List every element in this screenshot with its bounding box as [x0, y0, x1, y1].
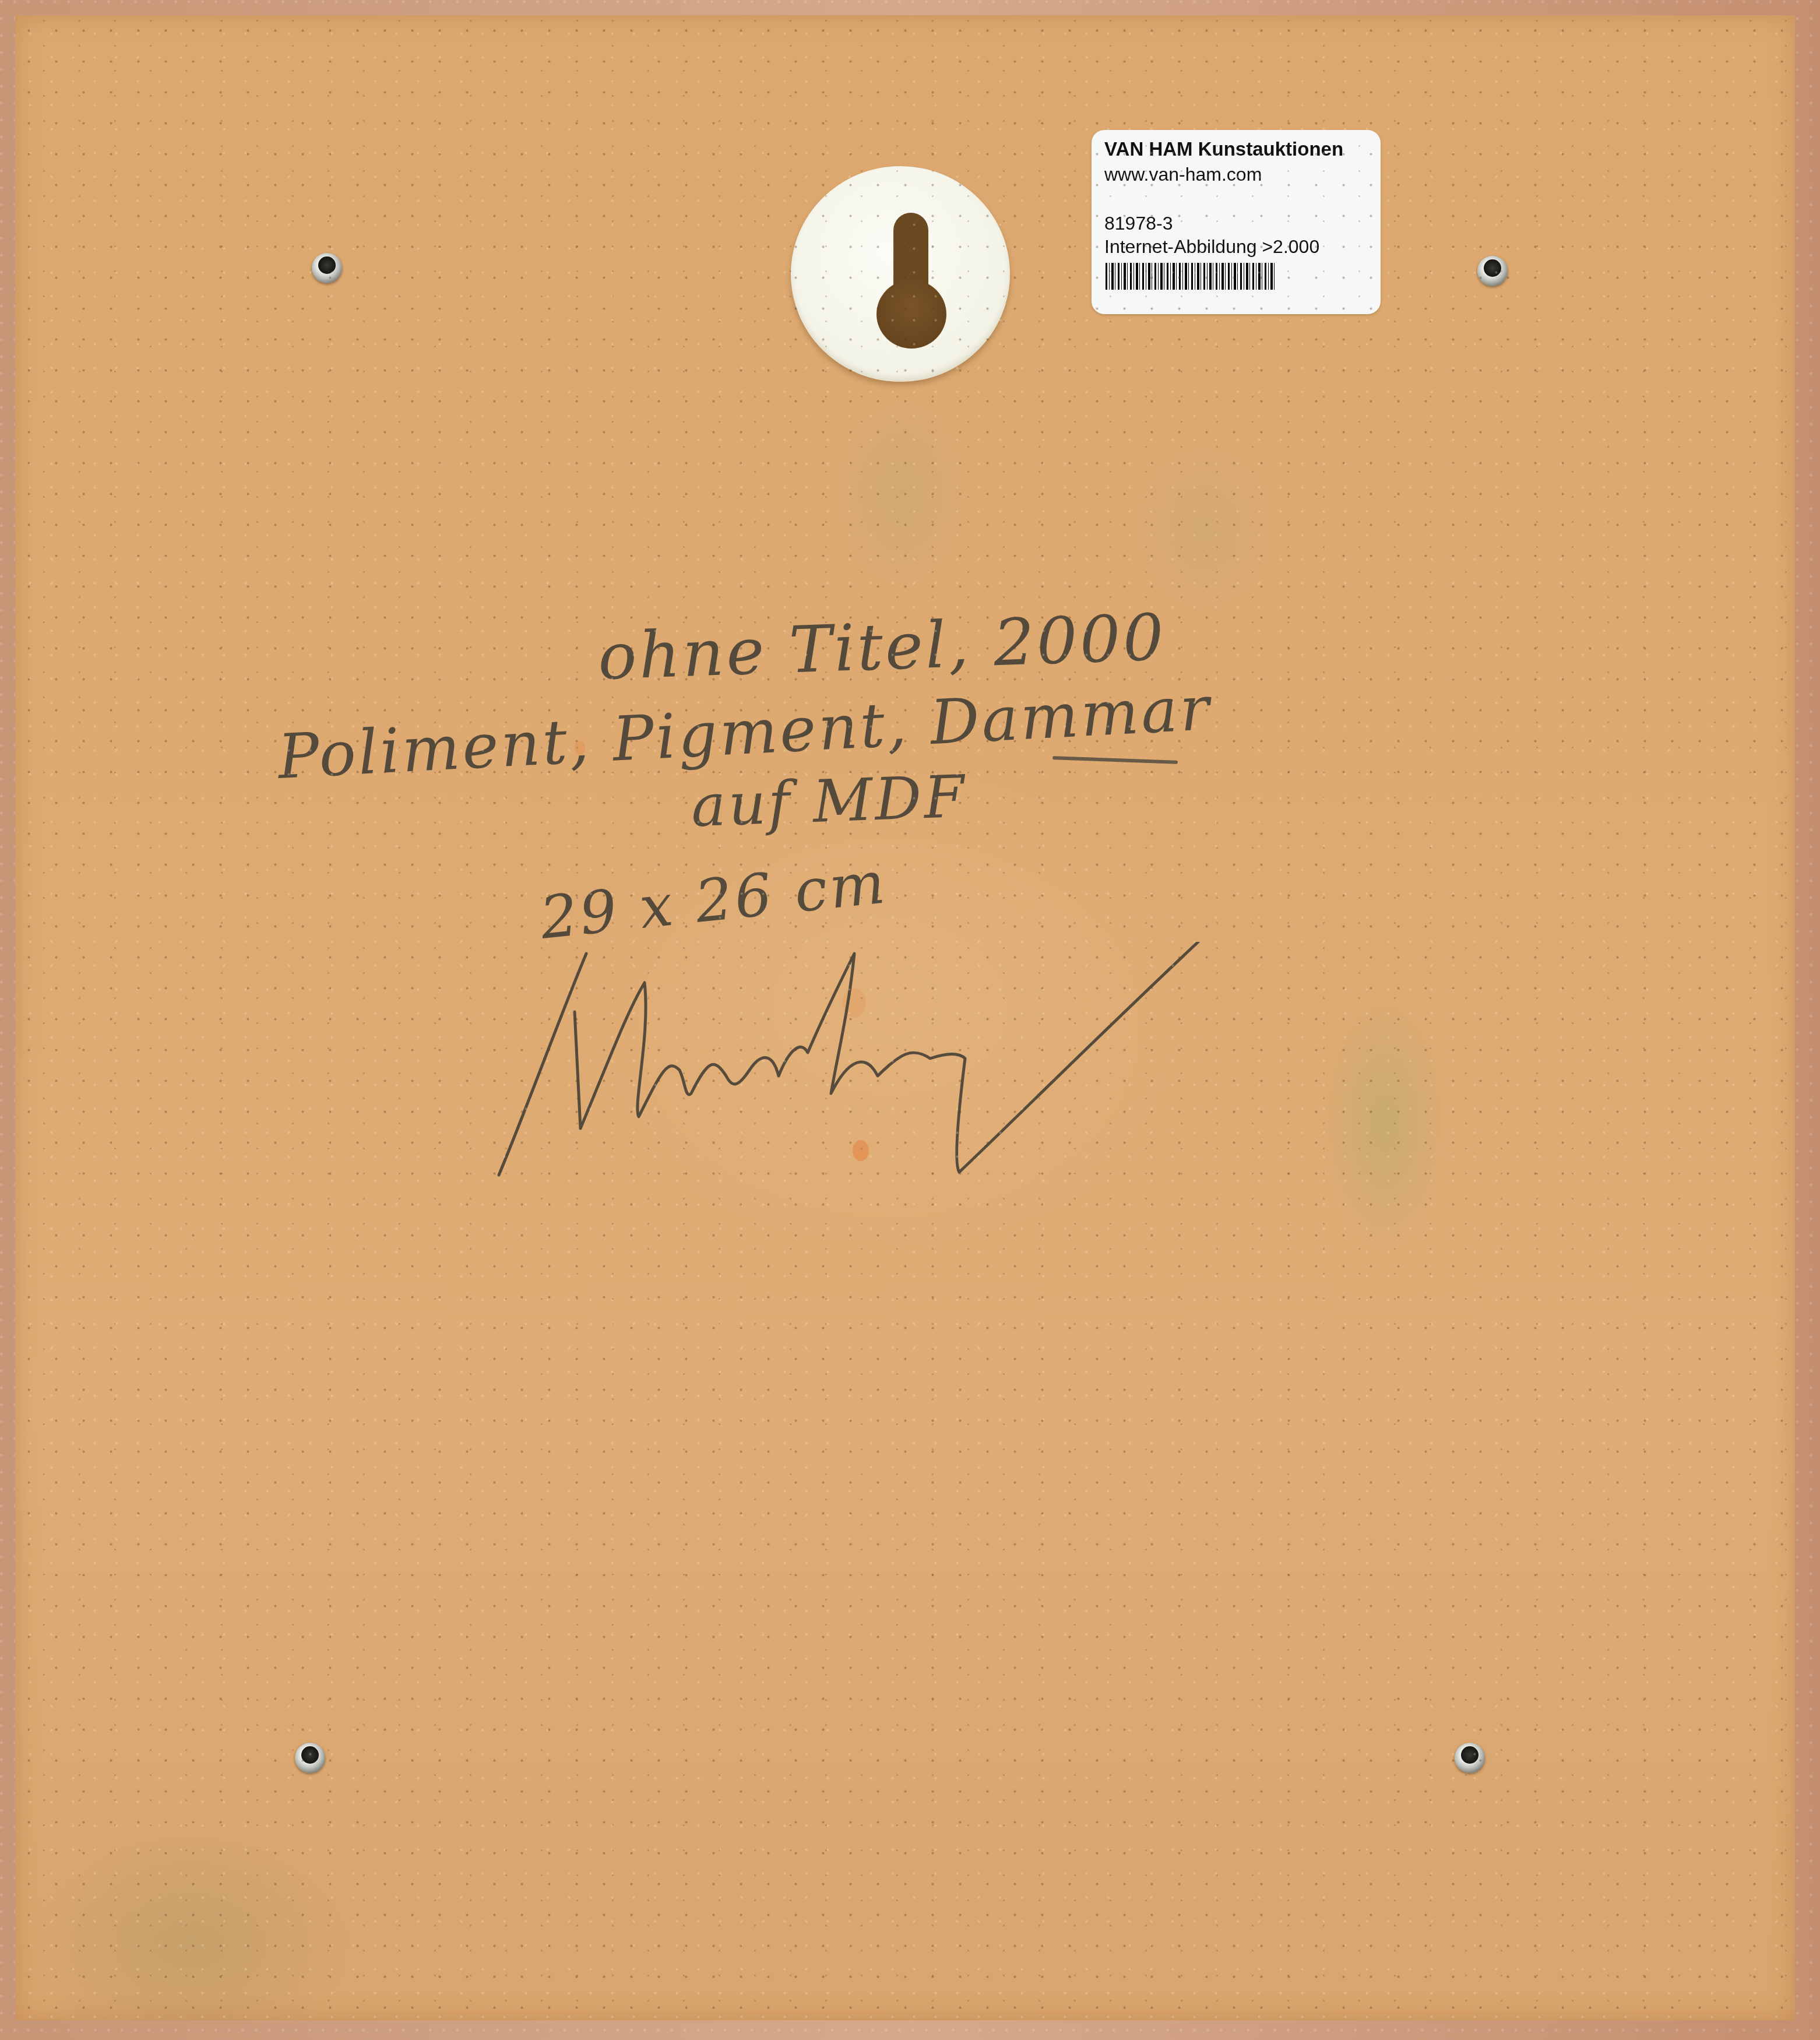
screw-top-right: [1477, 256, 1508, 286]
mdf-board: VAN HAM Kunstauktionen www.van-ham.com 8…: [15, 15, 1795, 2020]
signature-icon: [493, 942, 1309, 1187]
auction-label: VAN HAM Kunstauktionen www.van-ham.com 8…: [1092, 130, 1381, 314]
inscription-support: auf MDF: [690, 762, 968, 840]
barcode-icon: [1106, 263, 1276, 290]
keyhole-opening: [876, 280, 946, 349]
label-lot-number: 81978-3: [1104, 213, 1173, 234]
screw-bottom-left: [295, 1743, 325, 1773]
label-url: www.van-ham.com: [1104, 164, 1262, 185]
inscription-underline: [1052, 756, 1178, 764]
screw-top-left: [312, 253, 342, 283]
keyhole-hanger-icon: [791, 166, 1010, 382]
inscription-dimensions: 29 x 26 cm: [537, 848, 890, 952]
label-brand: VAN HAM Kunstauktionen: [1104, 138, 1343, 160]
label-note: Internet-Abbildung >2.000: [1104, 236, 1319, 258]
screw-bottom-right: [1455, 1743, 1485, 1773]
